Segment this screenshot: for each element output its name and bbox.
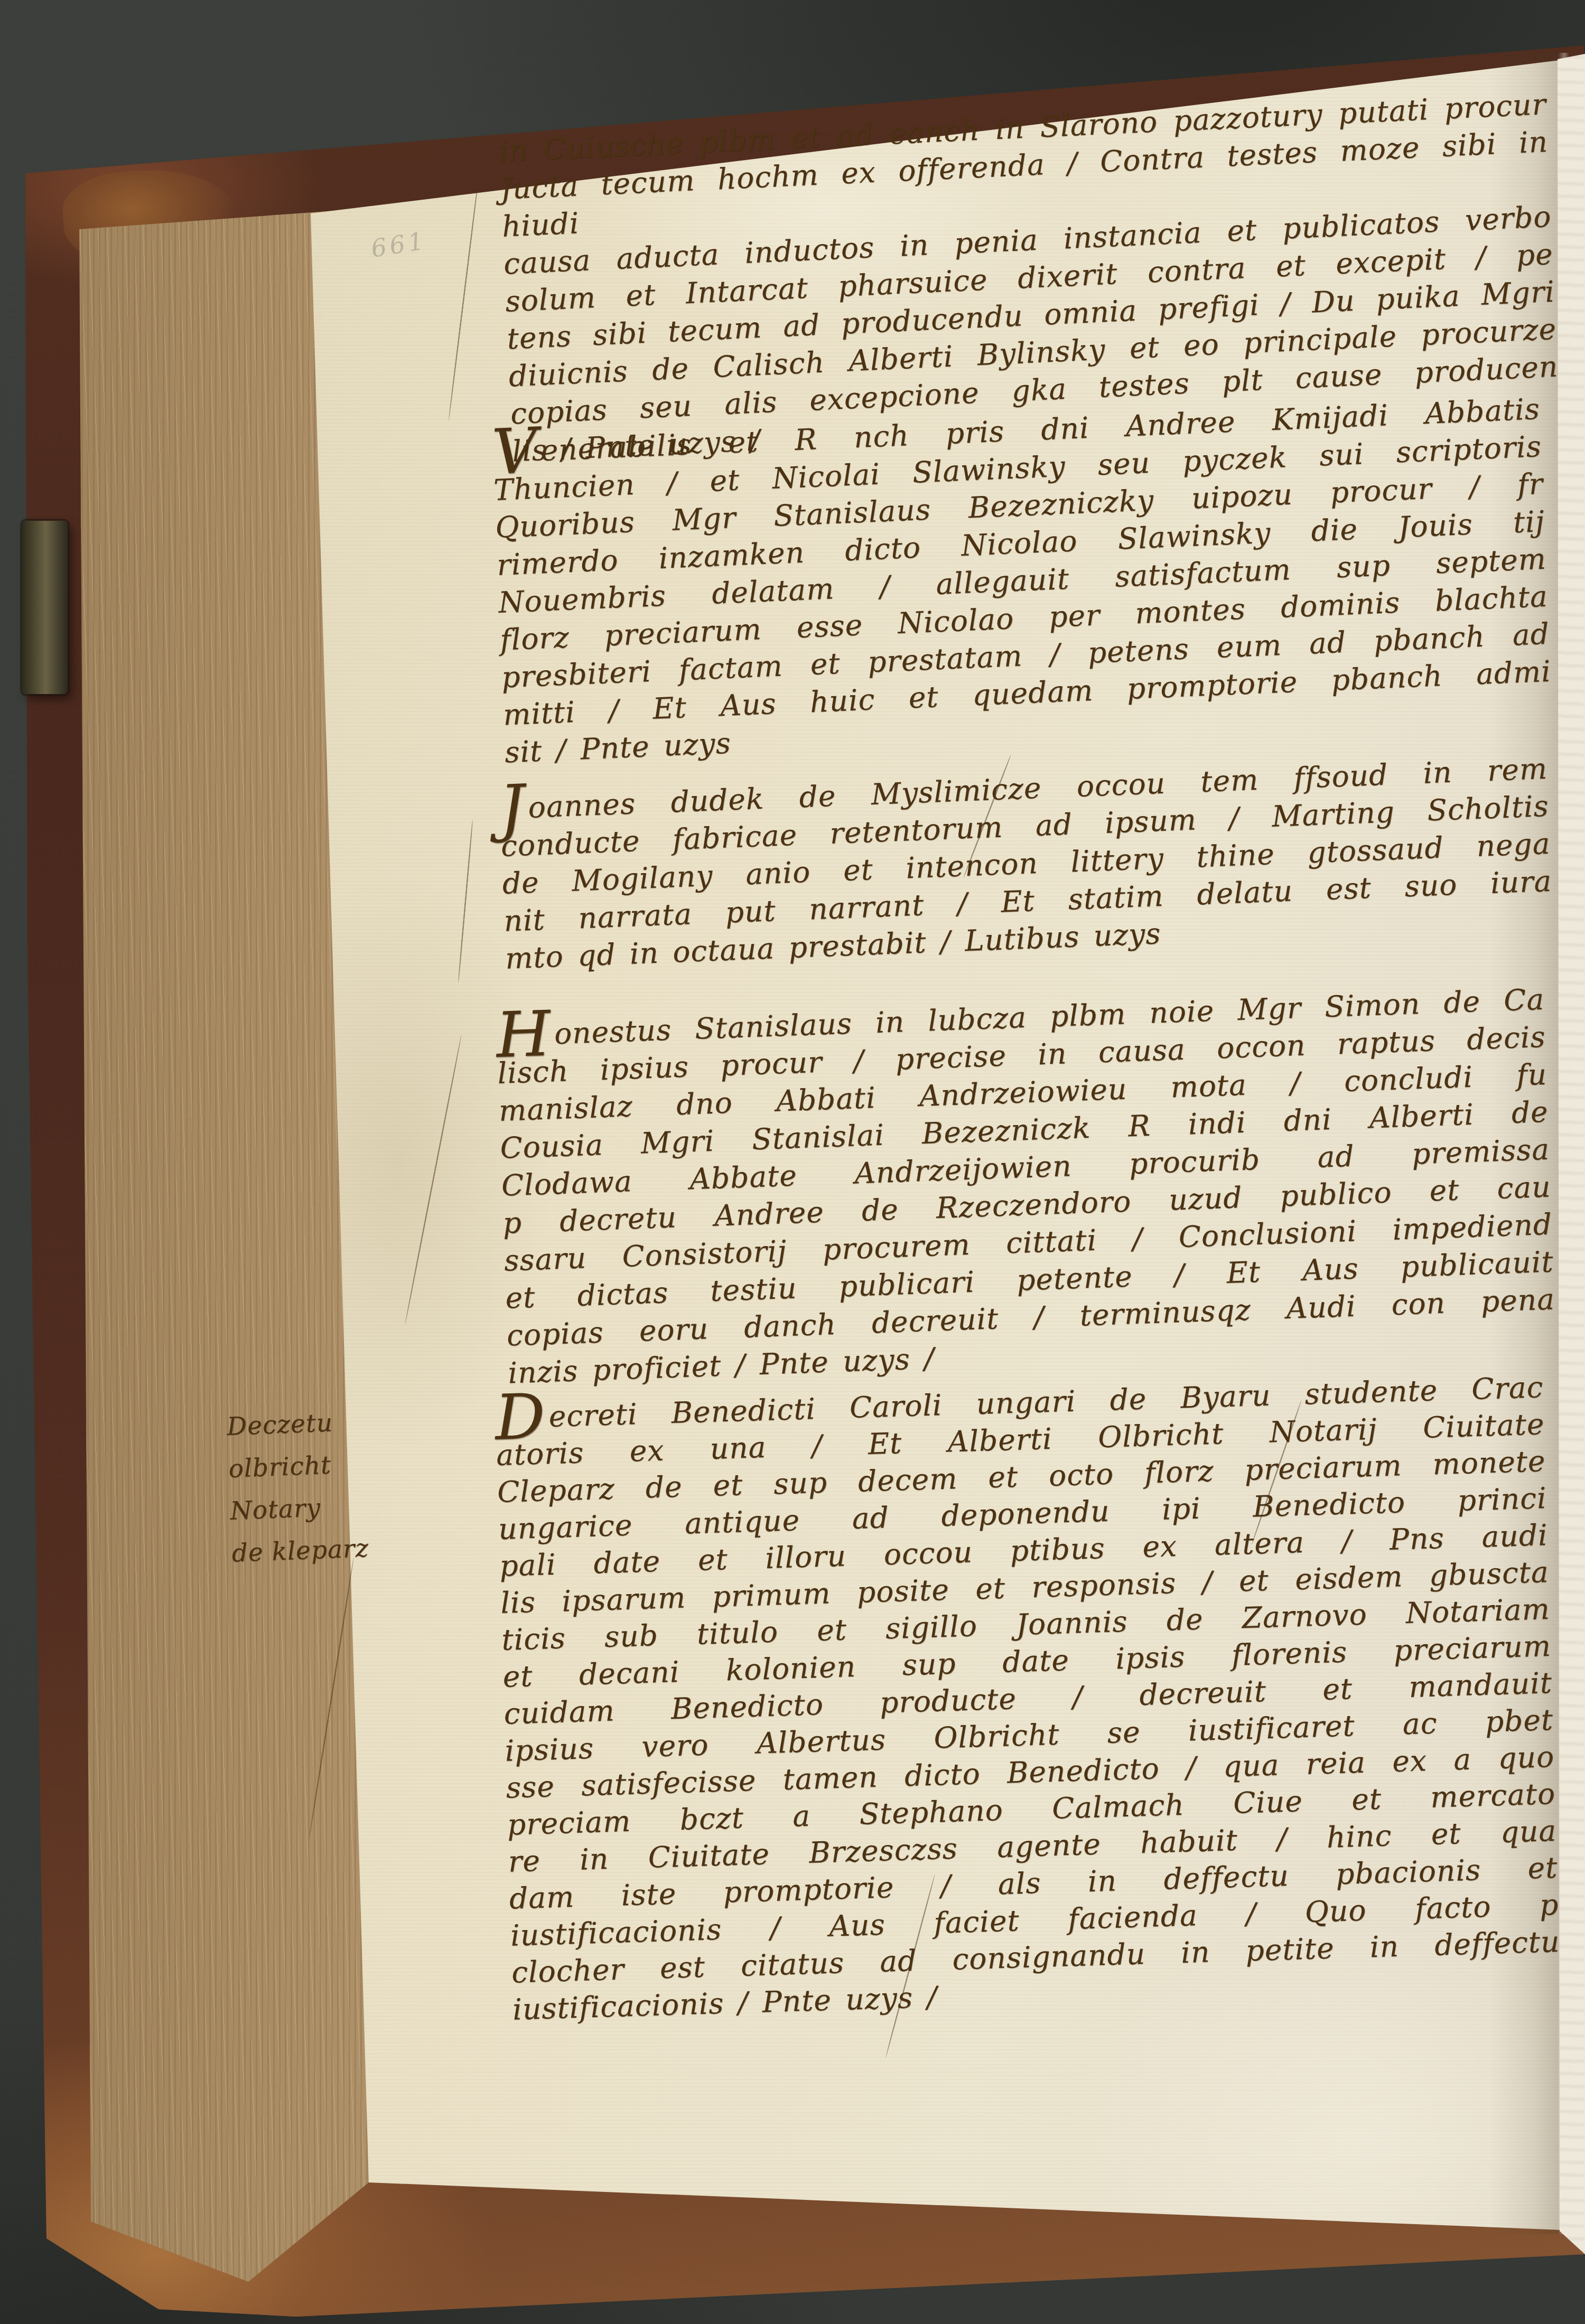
text-paragraph: Venerabilis et R nch pris dni Andree Kmi… xyxy=(491,390,1553,772)
brass-clasp xyxy=(22,521,68,694)
text-paragraph: Honestus Stanislaus in lubcza plbm noie … xyxy=(496,981,1557,1392)
text-paragraph: Decreti Benedicti Caroli ungari de Byaru… xyxy=(495,1369,1561,2028)
margin-note: DeczetuolbrichtNotaryde kleparz xyxy=(226,1397,460,1575)
manuscript-line: de kleparz xyxy=(231,1524,460,1575)
photo-backdrop: 661 DeczetuolbrichtNotaryde kleparz in C… xyxy=(0,0,1585,2324)
